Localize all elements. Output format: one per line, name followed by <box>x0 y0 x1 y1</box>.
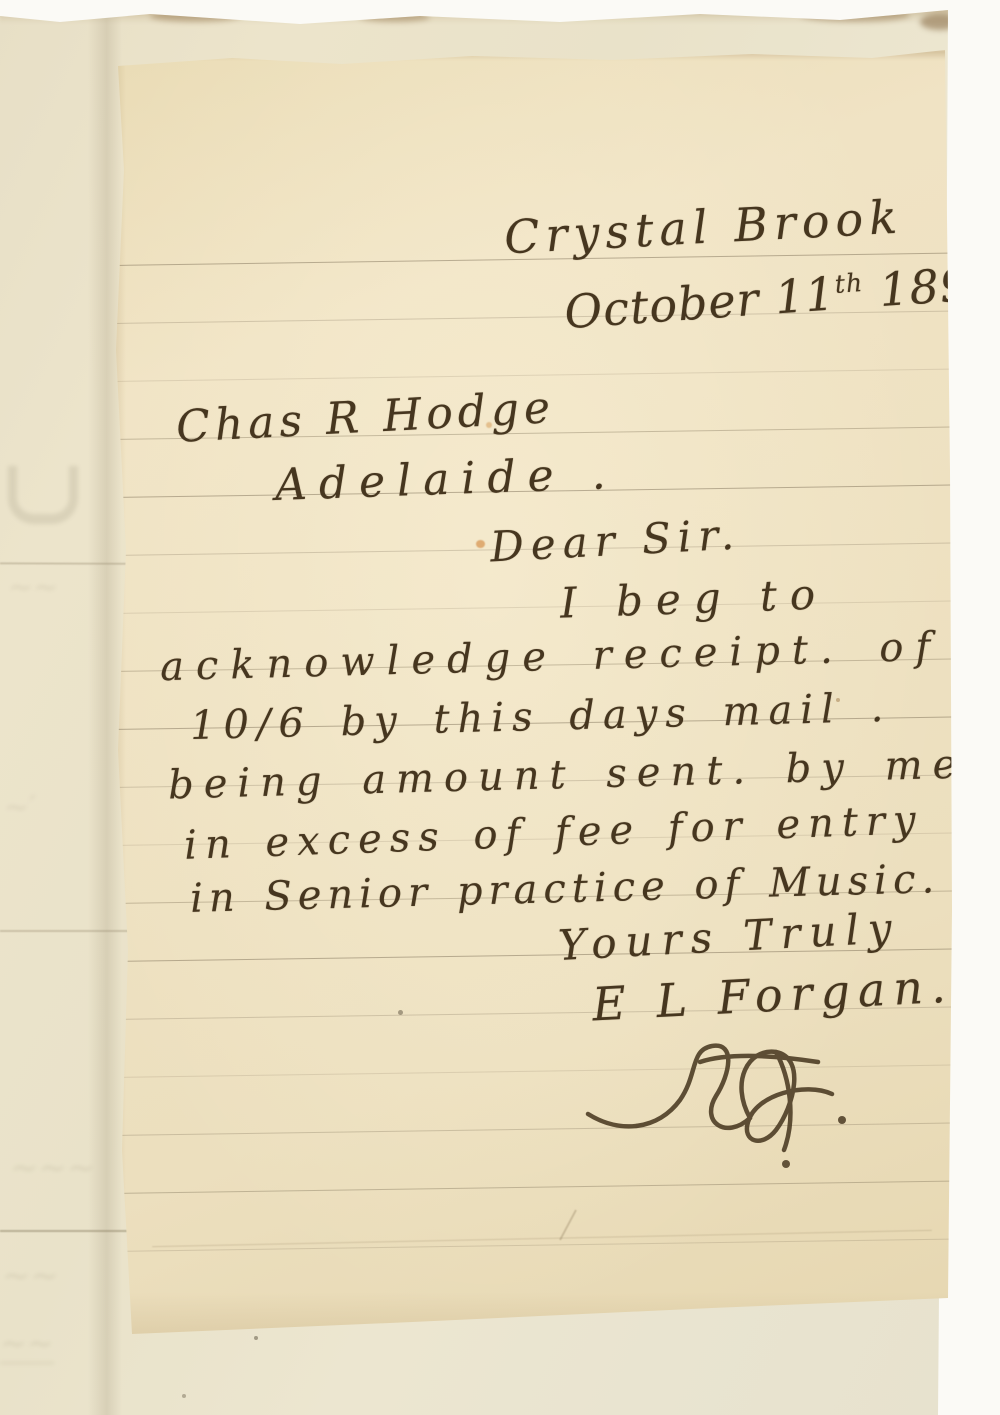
signature-flourish-icon <box>580 1022 880 1172</box>
ghost-stamp-mark <box>8 466 78 524</box>
body-line: 10/6 by this days mail . <box>190 685 892 749</box>
foxing-speck <box>836 698 840 702</box>
body-line: being amount sent. by me <box>168 742 967 809</box>
edge-stain <box>360 12 430 22</box>
date-line: October 11th 1898 <box>563 255 1000 339</box>
recipient-place: Adelaide . <box>274 448 618 511</box>
ghost-mark: ∼∼ <box>8 570 58 605</box>
back-page-top-edge <box>0 8 949 24</box>
date-day: October 11 <box>563 266 838 339</box>
ruled-line <box>112 369 952 382</box>
edge-stain <box>800 8 910 22</box>
body-line: I beg to <box>559 569 829 627</box>
ghost-mark: ∼∼∼ <box>10 1148 95 1188</box>
salutation: Dear Sir. <box>489 509 742 571</box>
fold-shadow <box>88 8 122 1415</box>
foxing-speck <box>486 422 492 428</box>
scanned-document: ∼∼ ∼′ ∼∼∼ ∼∼ ∼∼ Crystal Brook October 11… <box>0 0 1000 1415</box>
date-year: 1898 <box>877 255 1000 317</box>
foxing-speck <box>182 1394 186 1398</box>
body-line: acknowledge receipt. of <box>160 624 943 690</box>
crease-line <box>559 1210 577 1241</box>
ghost-mark: ∼∼ <box>2 1256 59 1296</box>
letter-page: Crystal Brook October 11th 1898 Chas R H… <box>112 50 952 1342</box>
date-ordinal: th <box>834 268 864 299</box>
foxing-speck <box>398 1010 403 1015</box>
ghost-mark: ∼′ <box>4 790 36 825</box>
body-line: in excess of fee for entry <box>183 797 924 869</box>
edge-stain <box>920 14 960 30</box>
recipient-name: Chas R Hodge <box>175 382 556 453</box>
signature-name: E L Forgan. <box>591 959 955 1032</box>
foxing-speck <box>254 1336 258 1340</box>
foxing-speck <box>476 540 485 548</box>
edge-stain <box>150 10 240 22</box>
ruled-line <box>112 1181 952 1194</box>
ghost-mark: ∼∼ <box>0 1324 54 1364</box>
closing-line: Yours Truly <box>557 903 902 970</box>
